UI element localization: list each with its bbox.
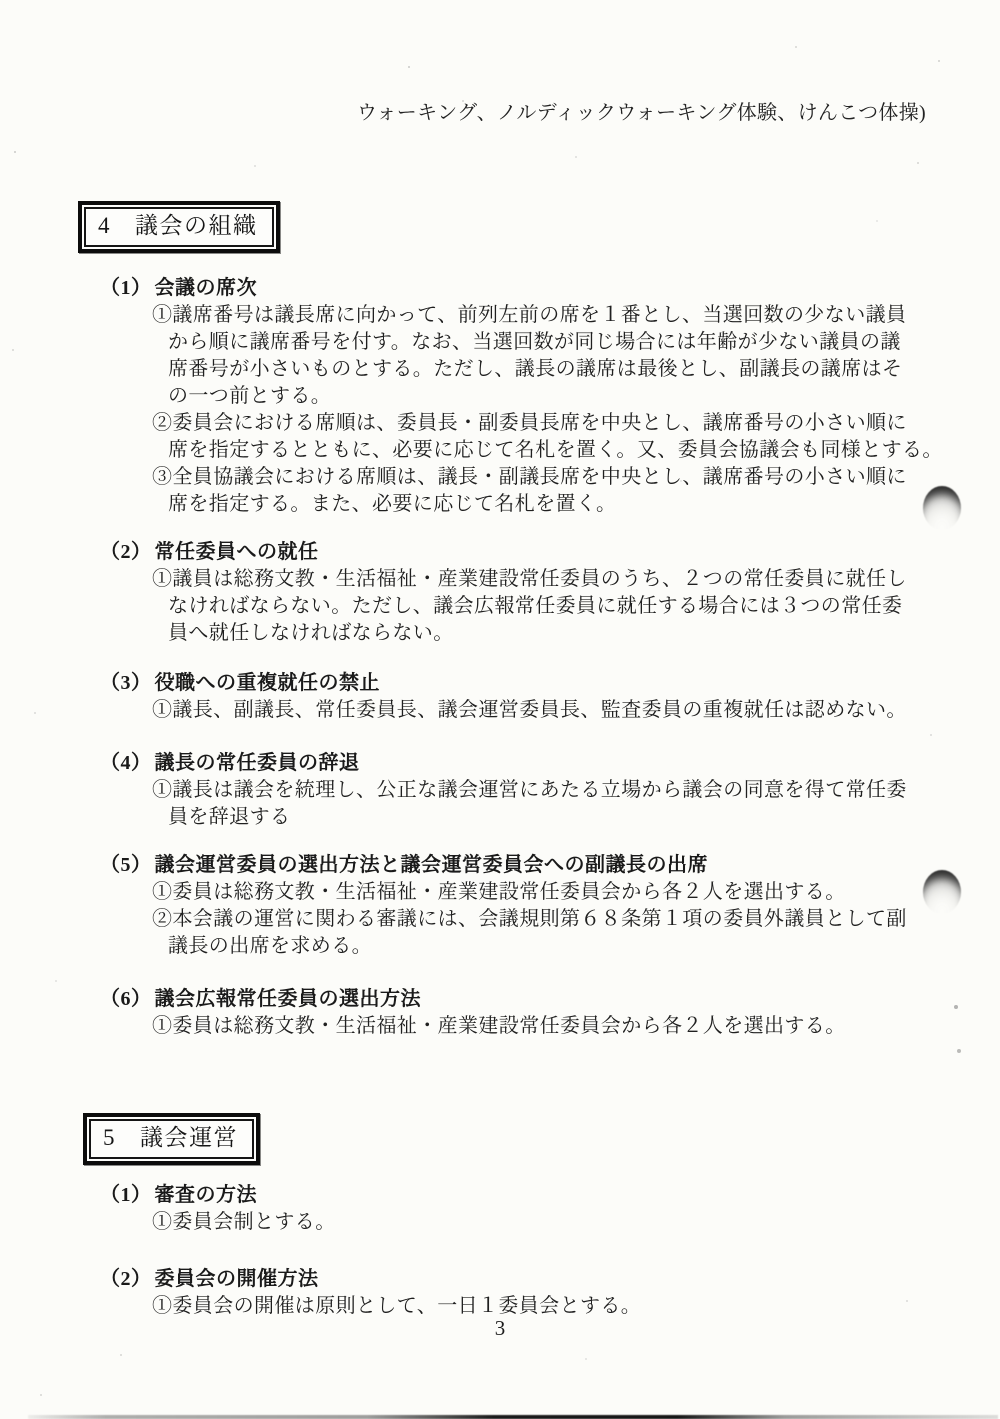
item-label: （5） <box>100 852 152 879</box>
list-item: （2） 常任委員への就任 ①議員は総務文教・生活福祉・産業建設常任委員のうち、２… <box>100 539 940 647</box>
item-heading: 常任委員への就任 <box>155 539 319 566</box>
punch-hole-shadow <box>923 870 961 914</box>
scan-noise-specks <box>0 0 2 2</box>
list-item: （3） 役職への重複就任の禁止 ①議長、副議長、常任委員長、議会運営委員長、監査… <box>100 670 940 724</box>
item-heading: 委員会の開催方法 <box>155 1266 319 1293</box>
item-heading: 会議の席次 <box>155 275 258 302</box>
scanned-document-page: ウォーキング、ノルディックウォーキング体験、けんこつ体操) 4 議会の組織 （1… <box>0 0 1000 1419</box>
item-heading: 議会広報常任委員の選出方法 <box>155 986 422 1013</box>
paragraph: ①委員は総務文教・生活福祉・産業建設常任委員会から各２人を選出する。 <box>152 879 968 906</box>
section-title: 議会運営 <box>140 1124 238 1152</box>
item-label: （1） <box>100 275 152 302</box>
paragraph: ②本会議の運営に関わる審議には、会議規則第６８条第１項の委員外議員として副 議長… <box>152 906 968 960</box>
paragraph: ①議長、副議長、常任委員長、議会運営委員長、監査委員の重複就任は認めない。 <box>152 697 968 724</box>
paragraph: ①議員は総務文教・生活福祉・産業建設常任委員のうち、２つの常任委員に就任し なけ… <box>152 566 968 647</box>
section-number: 5 <box>103 1124 116 1152</box>
item-label: （2） <box>100 539 152 566</box>
paragraph: ①議席番号は議長席に向かって、前列左前の席を１番とし、当選回数の少ない議員 から… <box>152 302 968 410</box>
paragraph: ①委員は総務文教・生活福祉・産業建設常任委員会から各２人を選出する。 <box>152 1013 968 1040</box>
page-number: 3 <box>0 1315 1000 1342</box>
paragraph: ①議長は議会を統理し、公正な議会運営にあたる立場から議会の同意を得て常任委 員を… <box>152 777 968 831</box>
list-item: （6） 議会広報常任委員の選出方法 ①委員は総務文教・生活福祉・産業建設常任委員… <box>100 986 940 1040</box>
item-label: （4） <box>100 750 152 777</box>
item-heading: 議長の常任委員の辞退 <box>155 750 360 777</box>
item-label: （3） <box>100 670 152 697</box>
header-note: ウォーキング、ノルディックウォーキング体験、けんこつ体操) <box>357 100 926 127</box>
paragraph: ①委員会制とする。 <box>152 1209 968 1236</box>
section-4-heading-box: 4 議会の組織 <box>78 201 280 253</box>
scan-bottom-edge <box>28 1415 998 1419</box>
item-heading: 役職への重複就任の禁止 <box>155 670 381 697</box>
list-item: （1） 会議の席次 ①議席番号は議長席に向かって、前列左前の席を１番とし、当選回… <box>100 275 940 518</box>
section-title: 議会の組織 <box>135 212 258 240</box>
list-item: （1） 審査の方法 ①委員会制とする。 <box>100 1182 940 1236</box>
list-item: （2） 委員会の開催方法 ①委員会の開催は原則として、一日１委員会とする。 <box>100 1266 940 1320</box>
punch-hole-shadow <box>923 486 961 530</box>
paragraph: ②委員会における席順は、委員長・副委員長席を中央とし、議席番号の小さい順に 席を… <box>152 410 968 464</box>
item-label: （2） <box>100 1266 152 1293</box>
item-heading: 議会運営委員の選出方法と議会運営委員会への副議長の出席 <box>155 852 709 879</box>
item-label: （6） <box>100 986 152 1013</box>
section-5-heading-box: 5 議会運営 <box>83 1113 260 1165</box>
section-number: 4 <box>98 212 111 240</box>
item-label: （1） <box>100 1182 152 1209</box>
item-heading: 審査の方法 <box>155 1182 258 1209</box>
paragraph: ③全員協議会における席順は、議長・副議長席を中央とし、議席番号の小さい順に 席を… <box>152 464 968 518</box>
list-item: （5） 議会運営委員の選出方法と議会運営委員会への副議長の出席 ①委員は総務文教… <box>100 852 940 960</box>
list-item: （4） 議長の常任委員の辞退 ①議長は議会を統理し、公正な議会運営にあたる立場か… <box>100 750 940 831</box>
